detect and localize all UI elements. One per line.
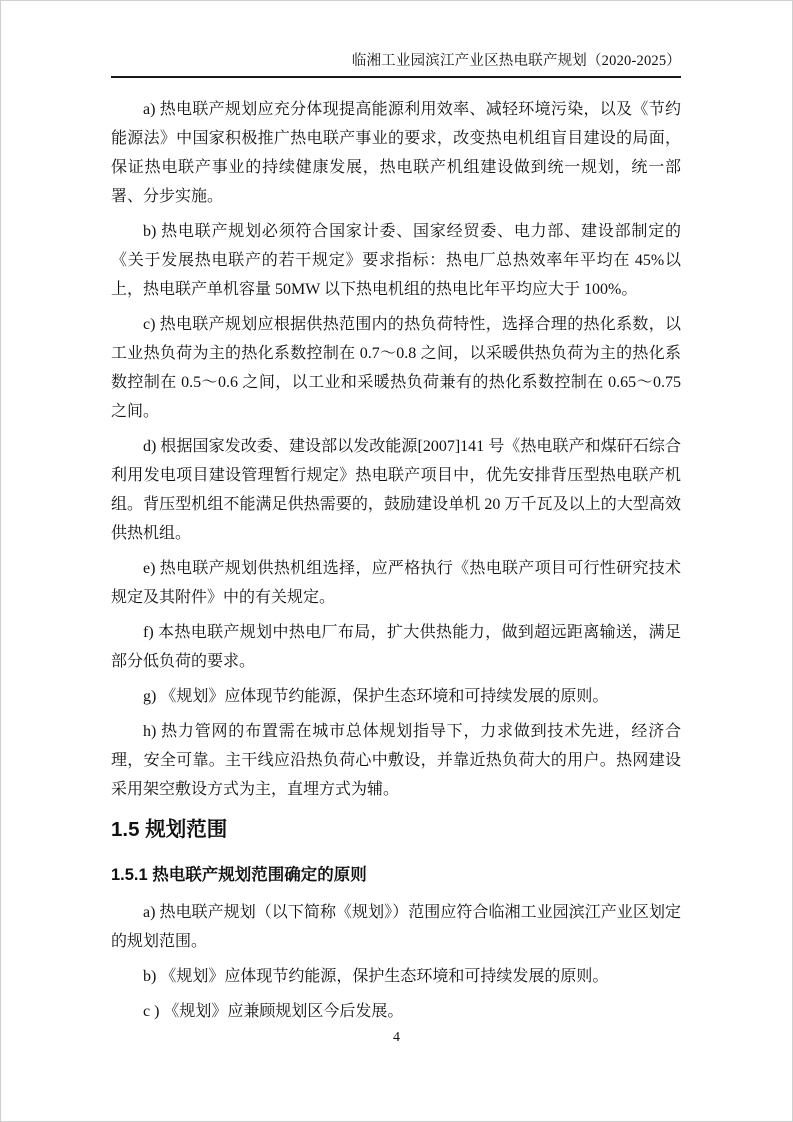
document-body: a) 热电联产规划应充分体现提高能源利用效率、减轻环境污染，以及《节约能源法》中… xyxy=(111,95,681,1026)
subsection-heading: 1.5.1 热电联产规划范围确定的原则 xyxy=(111,863,681,887)
page-footer: 4 xyxy=(1,1029,792,1047)
paragraph-d: d) 根据国家发改委、建设部以发改能源[2007]141 号《热电联产和煤矸石综… xyxy=(111,432,681,548)
paragraph-e: e) 热电联产规划供热机组选择，应严格执行《热电联产项目可行性研究技术规定及其附… xyxy=(111,554,681,612)
page-header: 临湘工业园滨江产业区热电联产规划（2020-2025） xyxy=(111,1,681,78)
page-number: 4 xyxy=(1,1029,792,1047)
document-page: 临湘工业园滨江产业区热电联产规划（2020-2025） a) 热电联产规划应充分… xyxy=(0,0,793,1122)
paragraph-b: b) 热电联产规划必须符合国家计委、国家经贸委、电力部、建设部制定的《关于发展热… xyxy=(111,217,681,304)
subsection-paragraph-c: c ) 《规划》应兼顾规划区今后发展。 xyxy=(111,997,681,1026)
section-heading: 1.5 规划范围 xyxy=(111,816,681,844)
page-content: 临湘工业园滨江产业区热电联产规划（2020-2025） a) 热电联产规划应充分… xyxy=(111,1,681,1032)
paragraph-g: g) 《规划》应体现节约能源，保护生态环境和可持续发展的原则。 xyxy=(111,682,681,711)
paragraph-h: h) 热力管网的布置需在城市总体规划指导下，力求做到技术先进，经济合理，安全可靠… xyxy=(111,717,681,804)
subsection-body: a) 热电联产规划（以下简称《规划》）范围应符合临湘工业园滨江产业区划定的规划范… xyxy=(111,898,681,1026)
paragraph-f: f) 本热电联产规划中热电厂布局，扩大供热能力，做到超远距离输送，满足部分低负荷… xyxy=(111,618,681,676)
paragraph-a: a) 热电联产规划应充分体现提高能源利用效率、减轻环境污染，以及《节约能源法》中… xyxy=(111,95,681,211)
subsection-paragraph-b: b) 《规划》应体现节约能源，保护生态环境和可持续发展的原则。 xyxy=(111,962,681,991)
paragraph-c: c) 热电联产规划应根据供热范围内的热负荷特性，选择合理的热化系数，以工业热负荷… xyxy=(111,310,681,426)
subsection-paragraph-a: a) 热电联产规划（以下简称《规划》）范围应符合临湘工业园滨江产业区划定的规划范… xyxy=(111,898,681,956)
header-title: 临湘工业园滨江产业区热电联产规划（2020-2025） xyxy=(111,51,681,76)
